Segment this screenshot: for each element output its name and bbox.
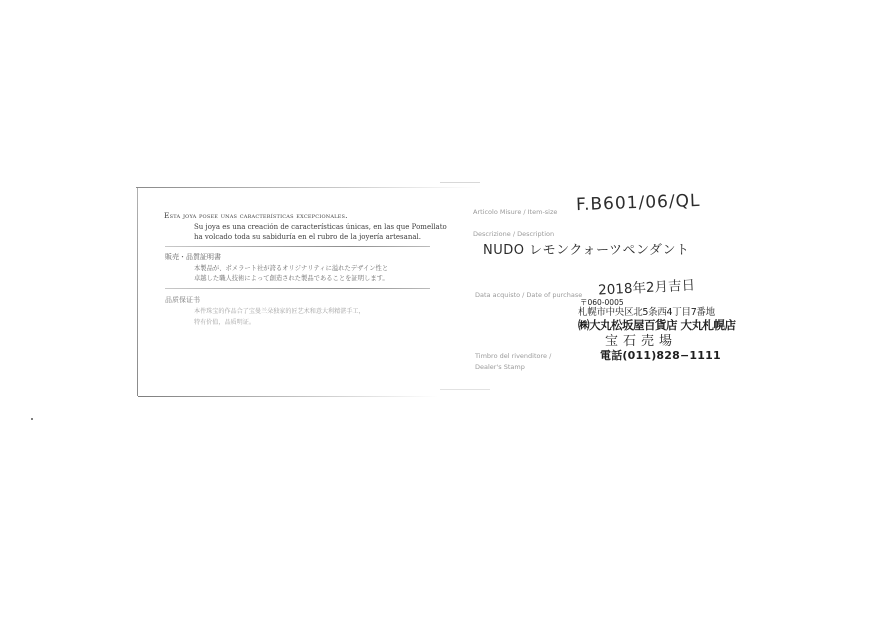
dealer-stamp: 〒060-0005 札幌市中央区北5条西4丁目7番地 ㈱大丸松坂屋百貨店 大丸札… xyxy=(578,299,736,361)
stamp-store-name: ㈱大丸松坂屋百貨店 大丸札幌店 xyxy=(578,320,736,332)
chinese-body-line-1: 本件珠宝的作品合了宝曼兰朵独家的匠艺术和意大利精湛手工， xyxy=(194,306,365,315)
section-divider xyxy=(165,288,430,289)
card-bottom-edge-fragment xyxy=(440,389,490,390)
spanish-body-line-2: ha volcado toda su sabiduría en el rubro… xyxy=(194,233,421,241)
stamp-postal-code: 〒060-0005 xyxy=(580,299,736,307)
description-label: Descrizione / Description xyxy=(473,230,554,238)
card-left-edge xyxy=(137,188,138,396)
card-top-edge xyxy=(136,187,476,188)
japanese-body-line-1: 本製品が、ポメラート社が誇るオリジナリティに溢れたデザイン性と xyxy=(194,263,388,272)
scan-speck xyxy=(31,418,33,420)
japanese-body-line-2: 卓越した職人技術によって創造された製品であることを証明します。 xyxy=(194,273,389,282)
section-divider xyxy=(165,246,430,247)
card-top-edge-fragment xyxy=(440,182,480,183)
dealer-stamp-label-line-1: Timbro del rivenditore / xyxy=(475,352,551,360)
card-bottom-edge xyxy=(138,396,438,397)
description-value: NUDO レモンクォーツペンダント xyxy=(483,239,690,258)
chinese-heading: 品质保证书 xyxy=(165,295,200,305)
spanish-heading: Esta joya posee unas características exc… xyxy=(164,211,348,220)
article-size-label: Articolo Misure / Item-size xyxy=(473,208,557,216)
stamp-address: 札幌市中央区北5条西4丁目7番地 xyxy=(578,308,736,318)
purchase-date-label: Data acquisto / Date of purchase xyxy=(475,291,582,299)
dealer-stamp-label-line-2: Dealer's Stamp xyxy=(475,363,525,371)
spanish-body-line-1: Su joya es una creación de característic… xyxy=(194,223,447,231)
chinese-body-line-2: 特有价值，品质明证。 xyxy=(194,317,255,326)
stamp-phone: 電話(011)828−1111 xyxy=(600,350,736,361)
japanese-heading: 販売・品質証明書 xyxy=(165,252,221,262)
stamp-department: 宝石売場 xyxy=(605,335,736,348)
